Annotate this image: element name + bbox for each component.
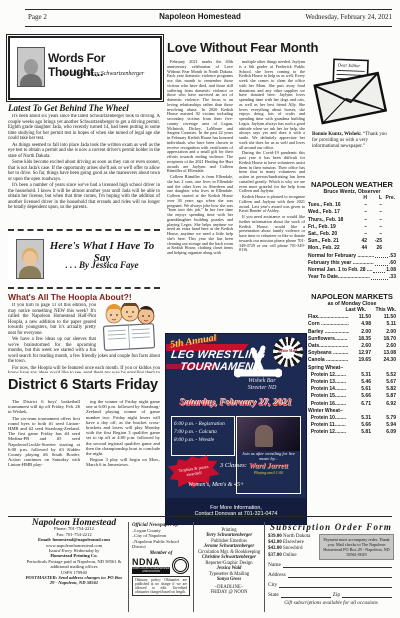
bar-logo-text: White Maid: [279, 350, 297, 354]
district6-headline: District 6 Starts Friday: [8, 377, 176, 393]
wft-paragraphs: It's been about six years since the late…: [8, 114, 160, 211]
hoopla-headline: What's All The Hoopla About?!: [8, 292, 160, 302]
district6-col1: The District 6 boys' basketball tourname…: [8, 399, 80, 495]
deadline-line2: FRIDAY @ NOON: [197, 590, 261, 596]
district6-col2: ing the winner of Friday night game one …: [86, 399, 160, 495]
ad-music-note: Playing until 1:00: [237, 470, 300, 475]
masthead: Napoleon Homestead Phone: 701-754-2212 F…: [24, 521, 124, 586]
staff-entry: Publisher/Editor & Commercial Printing T…: [197, 522, 261, 539]
zip-blank: [342, 590, 392, 598]
weather-header-row: H L Pre.: [308, 195, 396, 202]
form-address-line: Address: [268, 570, 394, 580]
footer-divider: [193, 522, 194, 612]
ad-date: Saturday, February 27, 2021: [166, 398, 306, 408]
weather-row: Thurs., Feb. 18 – –: [308, 217, 396, 224]
wft-article-body: It's been about six years since the late…: [8, 114, 160, 226]
markets-table: Flax....................... 11.50 11.50 …: [308, 314, 396, 436]
love-col1: February 2021 marks the 40th anniversary…: [167, 60, 233, 332]
editor-photo-face: [24, 59, 38, 75]
editor-photo: [17, 47, 45, 87]
city-blank: [279, 580, 392, 588]
ad-music-intro: Join us after wrestling for live music b…: [237, 451, 300, 461]
state-blank: [281, 590, 331, 598]
paragraph: Region 3 play will begin on Mon., March …: [86, 457, 160, 467]
footer-rule: [8, 516, 392, 517]
weather-summary: Normal for February .............53 Febr…: [308, 253, 396, 282]
payment-note: Payment must accompany order. Thank you.…: [319, 534, 394, 560]
ndna-logo-subtext: NORTH DAKOTA NEWSPAPER ASSOCIATION: [132, 567, 170, 574]
weather-row: Fri., Feb. 19 – –: [308, 224, 396, 231]
markets-row: Flax....................... 11.50 11.50: [308, 314, 396, 321]
ad-music-panel: Join us after wrestling for live music b…: [236, 416, 301, 494]
ad-venue: Wishek Bar Streeter ND: [224, 378, 300, 392]
paragraph: February 2021 marks the 40th anniversary…: [167, 60, 233, 174]
weather-table: Tues., Feb. 16 – – Wed., Feb. 17 – – Thu…: [308, 202, 396, 252]
official-item: –Napoleon Public School District: [132, 539, 190, 550]
paragraph: The District 6 boys' basketball tourname…: [8, 399, 80, 415]
markets-row: Corn .................... 4.98 5.11: [308, 321, 396, 328]
love-col2: multiple other things needed. Jaylynn is…: [239, 60, 305, 332]
paragraph: ing the winner of Friday night game one …: [86, 399, 160, 456]
paragraph: multiple other things needed. Jaylynn is…: [239, 60, 305, 150]
hoopla-article-body: If you turn to page 11 of this edition, …: [8, 303, 160, 373]
name-label: Name: [268, 560, 281, 570]
price-row: $37.00 Online: [268, 553, 316, 559]
weather-summary-row: Normal Jan. 1 to Feb. 28 ....1.08: [308, 267, 396, 274]
ad-venue-line1: Wishek Bar: [224, 378, 300, 385]
footer-divider: [128, 522, 129, 612]
form-state-zip-line: State Zip: [268, 590, 394, 600]
markets-section: NAPOLEON MARKETS as of Monday Close Last…: [308, 292, 396, 437]
markets-row: Protein 10........ 5.31 5.79: [308, 415, 396, 422]
letter-author: Bonnie Kuntz, Wishek:: [312, 132, 362, 137]
newspaper-page: Page 2 Napoleon Homestead Wednesday, Feb…: [0, 0, 400, 618]
kids-reading-clipart: [98, 303, 160, 351]
ad-schedule-item: 7:00 p.m. - Calcutta: [174, 428, 232, 436]
obituary-policy: Obituary policy: Obituaries are publishe…: [132, 576, 190, 597]
markets-header-row: Last Wk. This Wk.: [308, 307, 396, 314]
editor-photo-shoulders: [20, 74, 42, 86]
form-name-line: Name: [268, 560, 394, 570]
staff-list: Publisher/Editor & Commercial Printing T…: [197, 522, 261, 583]
masthead-postmaster: POSTMASTER: Send address changes to: PO …: [24, 575, 124, 586]
bar-logo-icon: White Maid: [273, 337, 303, 367]
member-of-label: Member of: [132, 551, 190, 556]
paragraph: It's been about six years since the late…: [8, 114, 160, 142]
weather-row: Tues., Feb. 16 – –: [308, 202, 396, 209]
markets-row: Protein 11........ 5.66 5.94: [308, 422, 396, 429]
markets-row: Protein 14........ 5.61 5.82: [308, 386, 396, 393]
paragraph: The six-team tournament offers first rou…: [8, 416, 80, 468]
wft-article-headline: Latest To Get Behind The Wheel: [8, 103, 160, 113]
paragraph: During the Covid-19 pandemic this past y…: [239, 151, 305, 194]
ad-schedule-item: 6:00 p.m. - Registration: [174, 420, 232, 428]
markets-row: Protein 16........ 6.71 6.92: [308, 401, 396, 408]
price-list: $39.00 North Dakota $42.00 Elsewhere $42…: [268, 534, 316, 560]
weather-section: NAPOLEON WEATHER Bruce Wentz, Observer H…: [308, 180, 396, 281]
weather-row: Wed., Feb. 17 – –: [308, 209, 396, 216]
address-label: Address: [268, 570, 286, 580]
form-city-line: City: [268, 580, 394, 590]
weather-summary-row: Normal for February .............53: [308, 253, 396, 260]
paragraph: Some kids become excited about driving a…: [8, 160, 160, 182]
staff-entry: Reporter/Graphic Design Jessica Wald: [197, 561, 261, 572]
markets-row: Protein 12........ 5.81 6.09: [308, 429, 396, 436]
state-label: State: [268, 590, 279, 600]
paragraph: For now, the Hoopla will be featured onc…: [8, 366, 160, 374]
footer-divider: [264, 522, 265, 612]
markets-row: Winter Wheat–: [308, 408, 396, 415]
markets-row: Protein 13........ 5.46 5.67: [308, 379, 396, 386]
paragraph: If you need assistance or would like fur…: [239, 215, 305, 253]
zip-label: Zip: [333, 590, 341, 600]
markets-row: Protein 15........ 5.66 5.87: [308, 393, 396, 400]
leg-wrestling-ad: 5th Annual LEG WRESTLING TOURNAMENT Whit…: [166, 334, 306, 524]
weather-row: Sun., Feb. 21 42 -25: [308, 238, 396, 245]
ndna-logo-text: NDNA: [132, 557, 170, 567]
markets-row: Sunflowers......... 18.35 18.70: [308, 336, 396, 343]
markets-row: Oats..................... 2.60 2.60: [308, 343, 396, 350]
ad-schedule-panel: 6:00 p.m. - Registration7:00 p.m. - Calc…: [171, 416, 235, 456]
jessica-column-box: Here's What I Have To Say . . . By Jessi…: [8, 229, 160, 289]
header-bottom-rule: [25, 26, 392, 27]
subscription-title: Subscription Order Form: [268, 522, 394, 532]
words-for-thought-box: Words For Thought... By Editor Terry Sch…: [8, 36, 162, 100]
jessica-photo-shoulders: [19, 266, 41, 278]
ad-schedule: 6:00 p.m. - Registration7:00 p.m. - Calc…: [174, 420, 232, 444]
paragraph: Kedish House is pleased to recognize Col…: [239, 195, 305, 214]
name-blank: [283, 560, 392, 568]
member-seal-icon: [172, 557, 189, 574]
weather-title: NAPOLEON WEATHER: [308, 180, 396, 189]
dear-editor-envelope-icon: Dear Editor: [310, 56, 392, 128]
markets-row: Spring Wheat–: [308, 365, 396, 372]
paragraph: Colleen Ritmiller is from Ellendale, she…: [167, 175, 233, 256]
weather-row: Sat., Feb. 20 – –: [308, 231, 396, 238]
masthead-postage: Periodicals Postage paid at Napoleon, ND…: [24, 559, 124, 570]
address-blank: [288, 570, 392, 578]
staff-entry: Publisher Emeritus Jerome Schwartzenberg…: [197, 539, 261, 550]
weather-summary-row: Year To Date........................33: [308, 274, 396, 281]
weather-row: Mon., Feb. 22 44 26: [308, 245, 396, 252]
dear-editor-label: Dear Editor: [337, 62, 361, 68]
issue-date: Wednesday, February 24, 2021: [305, 13, 392, 21]
markets-row: Soybeans ........... 12.97 13.08: [308, 350, 396, 357]
gift-note: Gift subscriptions available for all occ…: [268, 600, 394, 606]
jessica-photo-face: [23, 251, 37, 267]
staff-entry: Typesetter & Mailing Sonya Gross: [197, 572, 261, 583]
official-newspaper-block: Official Newspaper of: –Logan County–Cit…: [132, 523, 190, 596]
header-top-rule: [25, 9, 392, 10]
official-items: –Logan County–City of Napoleon–Napoleon …: [132, 528, 190, 550]
city-label: City: [268, 580, 277, 590]
ad-schedule-item: 8:00 p.m. - Wrestle: [174, 436, 232, 444]
letter-to-editor: Bonnie Kuntz, Wishek: “Thank you for pro…: [312, 132, 392, 150]
masthead-email: Email: homestead@napoleonnd.com: [24, 537, 124, 542]
jessica-column-byline: . . . By Jessica Faye: [46, 260, 158, 270]
staff-block: Publisher/Editor & Commercial Printing T…: [197, 522, 261, 596]
ad-band-name: Ward Jarrett: [237, 461, 300, 470]
love-headline: Love Without Fear Month: [167, 40, 393, 55]
markets-row: Canola ................ 19.65 24.30: [308, 357, 396, 364]
paragraph: As things seemed to fall into place Jada…: [8, 143, 160, 160]
ad-venue-line2: Streeter ND: [224, 385, 300, 392]
words-for-thought-byline: By Editor Terry Schwartzenberger: [48, 71, 158, 77]
ndna-logo: NDNA NORTH DAKOTA NEWSPAPER ASSOCIATION: [132, 557, 170, 574]
markets-title: NAPOLEON MARKETS: [308, 292, 396, 301]
markets-row: Barley .................. 2.00 2.00: [308, 329, 396, 336]
jessica-photo: [16, 239, 44, 279]
ad-contact-info: For More Information, Contact Donovan at…: [166, 498, 306, 524]
markets-row: Protein 12........ 5.31 5.52: [308, 372, 396, 379]
paragraph: It's been a number of years since we've …: [8, 183, 160, 211]
staff-entry: Circulation Mgr. & Bookkeeping Christine…: [197, 550, 261, 561]
weather-summary-row: February this year ................60: [308, 260, 396, 267]
subscription-form: Subscription Order Form $39.00 North Dak…: [268, 522, 394, 606]
musician-photo: [237, 417, 300, 451]
